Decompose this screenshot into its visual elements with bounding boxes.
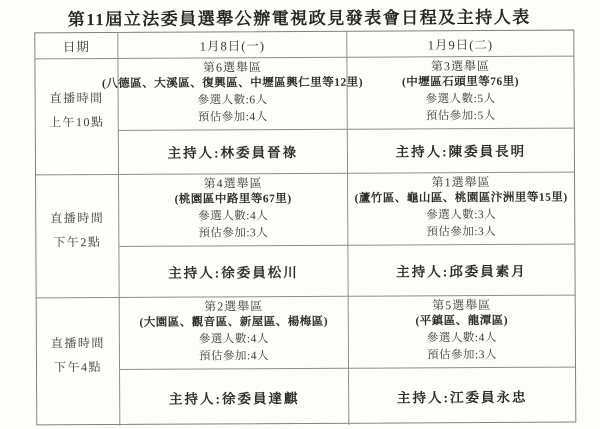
session-info: 第4選舉區 (桃園區中路里等67里) 參選人數:4人 預估參加:3人 [119,174,347,246]
page-title: 第11屆立法委員選舉公辦電視政見發表會日程及主持人表 [0,0,599,31]
candidate-count: 參選人數:3人 [426,209,496,223]
expected-count: 預估參加:4人 [199,350,269,364]
time-value: 上午10點 [49,113,105,130]
session-info: 第2選舉區 (大園區、觀音區、新屋區、楊梅區) 參選人數:4人 預估參加:4人 [120,297,348,369]
candidate-count: 參選人數:6人 [198,94,268,108]
session-info: 第6選舉區 (八德區、大溪區、復興區、中壢區興仁里等12里) 參選人數:6人 預… [118,58,346,130]
expected-count: 預估參加:4人 [198,111,268,125]
district-title: 第6選舉區 [203,60,262,75]
session-cell-district5: 第5選舉區 (平鎮區、龍潭區) 參選人數:4人 預估參加:3人 主持人:江委員永… [349,296,576,425]
district-title: 第3選舉區 [431,59,490,74]
header-date-label: 日期 [35,33,118,59]
candidate-count: 參選人數:4人 [199,333,269,347]
time-cell-2pm: 直播時間 下午2點 [36,175,120,298]
host-name: 主持人:林委員晉祿 [119,129,347,174]
district-areas: (中壢區石頭里等76里) [402,76,519,90]
expected-count: 預估參加:3人 [427,349,497,363]
time-value: 下午2點 [53,233,101,250]
header-day-jan9: 1月9日(二) [347,31,573,58]
candidate-count: 參選人數:4人 [198,210,268,224]
district-title: 第1選舉區 [432,175,491,190]
session-info: 第5選舉區 (平鎮區、龍潭區) 參選人數:4人 預估參加:3人 [349,296,575,368]
expected-count: 預估參加:5人 [426,110,496,124]
time-label: 直播時間 [50,209,104,226]
host-name: 主持人:江委員永忠 [349,366,575,424]
session-cell-district2: 第2選舉區 (大園區、觀音區、新屋區、楊梅區) 參選人數:4人 預估參加:4人 … [120,297,350,426]
session-cell-district3: 第3選舉區 (中壢區石頭里等76里) 參選人數:5人 預估參加:5人 主持人:陳… [347,57,574,174]
time-cell-10am: 直播時間 上午10點 [35,59,119,175]
district-title: 第4選舉區 [204,176,263,191]
candidate-count: 參選人數:4人 [427,332,497,346]
time-label: 直播時間 [50,89,104,106]
host-name: 主持人:陳委員長明 [348,127,574,172]
document-sheet: 第11屆立法委員選舉公辦電視政見發表會日程及主持人表 日期 1月8日(一) 1月… [0,0,600,429]
district-title: 第5選舉區 [432,298,491,313]
district-areas: (大園區、觀音區、新屋區、楊梅區) [139,316,328,331]
district-areas: (平鎮區、龍潭區) [415,315,508,329]
district-areas: (桃園區中路里等67里) [175,193,292,207]
expected-count: 預估參加:3人 [198,227,268,241]
scanned-document-page: 第11屆立法委員選舉公辦電視政見發表會日程及主持人表 日期 1月8日(一) 1月… [0,0,600,429]
district-areas: (蘆竹區、龜山區、桃園區汴洲里等15里) [355,192,568,207]
schedule-table: 日期 1月8日(一) 1月9日(二) 直播時間 上午10點 第6選舉區 (八德區… [34,30,576,426]
header-day-jan8: 1月8日(一) [118,32,347,59]
time-label: 直播時間 [51,334,105,351]
host-name: 主持人:徐委員松川 [119,245,347,297]
time-value: 下午4點 [54,358,102,375]
session-cell-district4: 第4選舉區 (桃園區中路里等67里) 參選人數:4人 預估參加:3人 主持人:徐… [119,174,349,298]
session-info: 第3選舉區 (中壢區石頭里等76里) 參選人數:5人 預估參加:5人 [347,57,573,129]
session-cell-district1: 第1選舉區 (蘆竹區、龜山區、桃園區汴洲里等15里) 參選人數:3人 預估參加:… [348,173,575,297]
host-name: 主持人:徐委員達麒 [120,368,348,426]
host-name: 主持人:邱委員素月 [348,243,574,295]
district-areas: (八德區、大溪區、復興區、中壢區興仁里等12里) [102,77,363,92]
district-title: 第2選舉區 [204,299,263,314]
expected-count: 預估參加:3人 [426,226,496,240]
session-cell-district6: 第6選舉區 (八德區、大溪區、復興區、中壢區興仁里等12里) 參選人數:6人 預… [118,58,348,175]
session-info: 第1選舉區 (蘆竹區、龜山區、桃園區汴洲里等15里) 參選人數:3人 預估參加:… [348,173,574,245]
candidate-count: 參選人數:5人 [426,93,496,107]
time-cell-4pm: 直播時間 下午4點 [37,298,121,426]
